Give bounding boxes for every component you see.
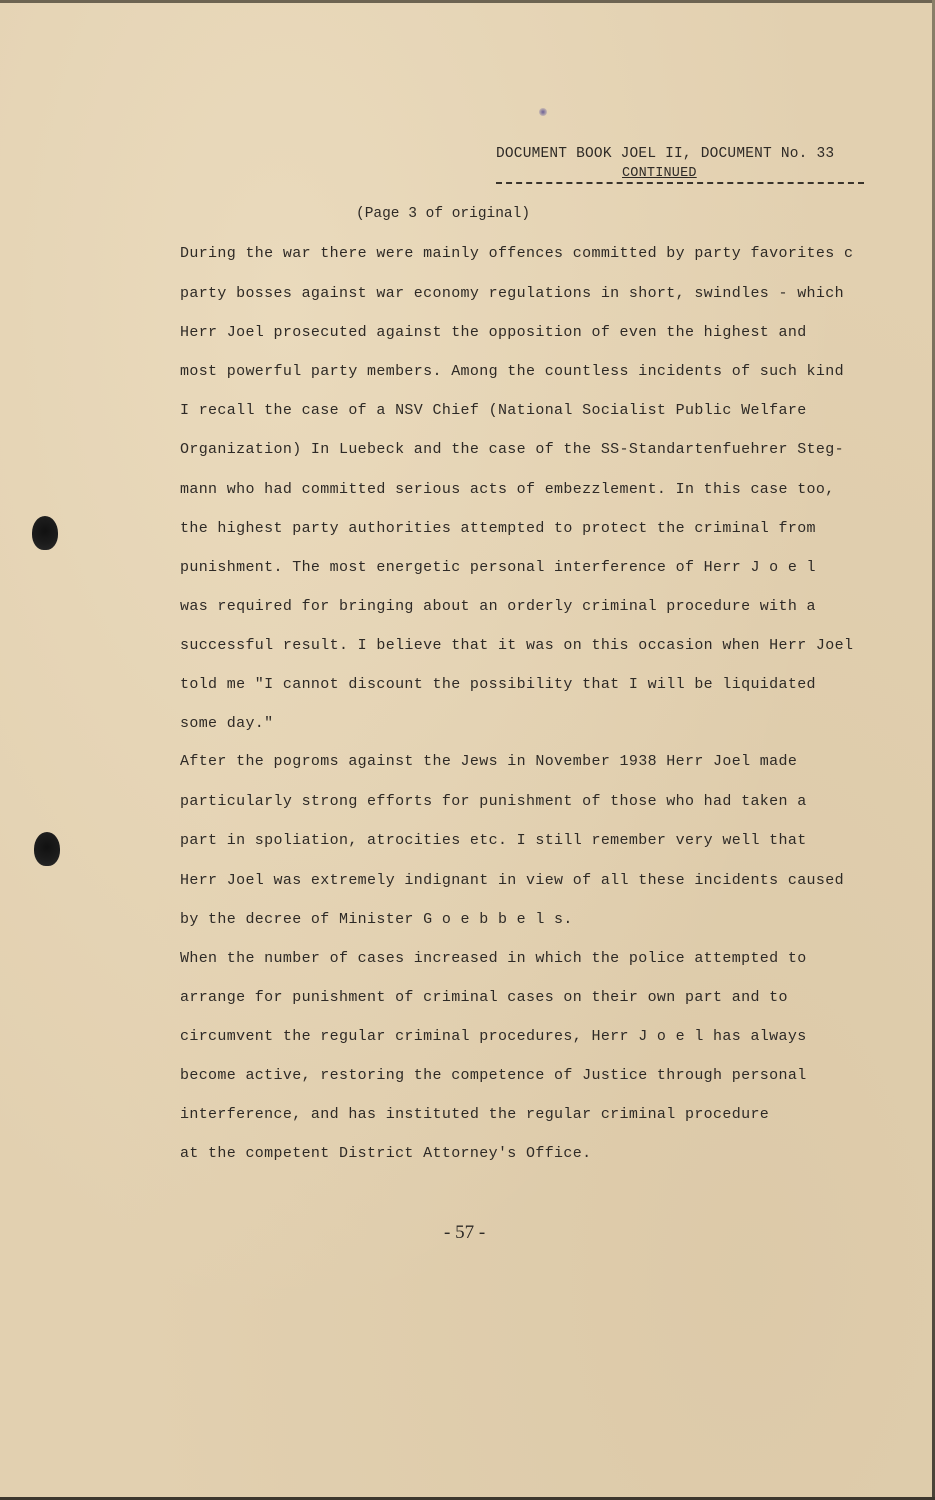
punch-hole-upper xyxy=(32,516,58,550)
text-line: most powerful party members. Among the c… xyxy=(180,363,844,381)
document-page: DOCUMENT BOOK JOEL II, DOCUMENT No. 33 C… xyxy=(0,0,935,1500)
ink-spot xyxy=(539,108,547,116)
text-line: part in spoliation, atrocities etc. I st… xyxy=(180,832,807,850)
text-line: punishment. The most energetic personal … xyxy=(180,559,816,577)
document-header: DOCUMENT BOOK JOEL II, DOCUMENT No. 33 C… xyxy=(496,146,866,162)
text-line: the highest party authorities attempted … xyxy=(180,520,816,538)
text-line: at the competent District Attorney's Off… xyxy=(180,1145,591,1163)
text-line: told me "I cannot discount the possibili… xyxy=(180,676,816,694)
text-line: particularly strong efforts for punishme… xyxy=(180,793,807,811)
punch-hole-lower xyxy=(34,832,60,866)
text-line: I recall the case of a NSV Chief (Nation… xyxy=(180,402,807,420)
document-title: DOCUMENT BOOK JOEL II, DOCUMENT No. 33 xyxy=(496,146,834,162)
text-line: successful result. I believe that it was… xyxy=(180,637,853,655)
text-line: mann who had committed serious acts of e… xyxy=(180,481,835,499)
text-line: Herr Joel prosecuted against the opposit… xyxy=(180,324,807,342)
text-line: was required for bringing about an order… xyxy=(180,598,816,616)
text-line: interference, and has instituted the reg… xyxy=(180,1106,769,1124)
scan-edge-top xyxy=(0,0,935,3)
text-line: When the number of cases increased in wh… xyxy=(180,950,807,968)
text-line: party bosses against war economy regulat… xyxy=(180,285,844,303)
text-line: some day." xyxy=(180,715,274,733)
text-line: After the pogroms against the Jews in No… xyxy=(180,753,797,771)
text-line: become active, restoring the competence … xyxy=(180,1067,807,1085)
text-line: Organization) In Luebeck and the case of… xyxy=(180,441,844,459)
text-line: circumvent the regular criminal procedur… xyxy=(180,1028,807,1046)
document-subtitle: CONTINUED xyxy=(622,166,697,181)
text-line: by the decree of Minister G o e b b e l … xyxy=(180,911,573,929)
page-number: - 57 - xyxy=(444,1222,485,1244)
original-page-reference: (Page 3 of original) xyxy=(356,206,530,222)
text-line: During the war there were mainly offence… xyxy=(180,245,853,263)
text-line: arrange for punishment of criminal cases… xyxy=(180,989,788,1007)
text-line: Herr Joel was extremely indignant in vie… xyxy=(180,872,844,890)
header-underline xyxy=(496,182,864,184)
